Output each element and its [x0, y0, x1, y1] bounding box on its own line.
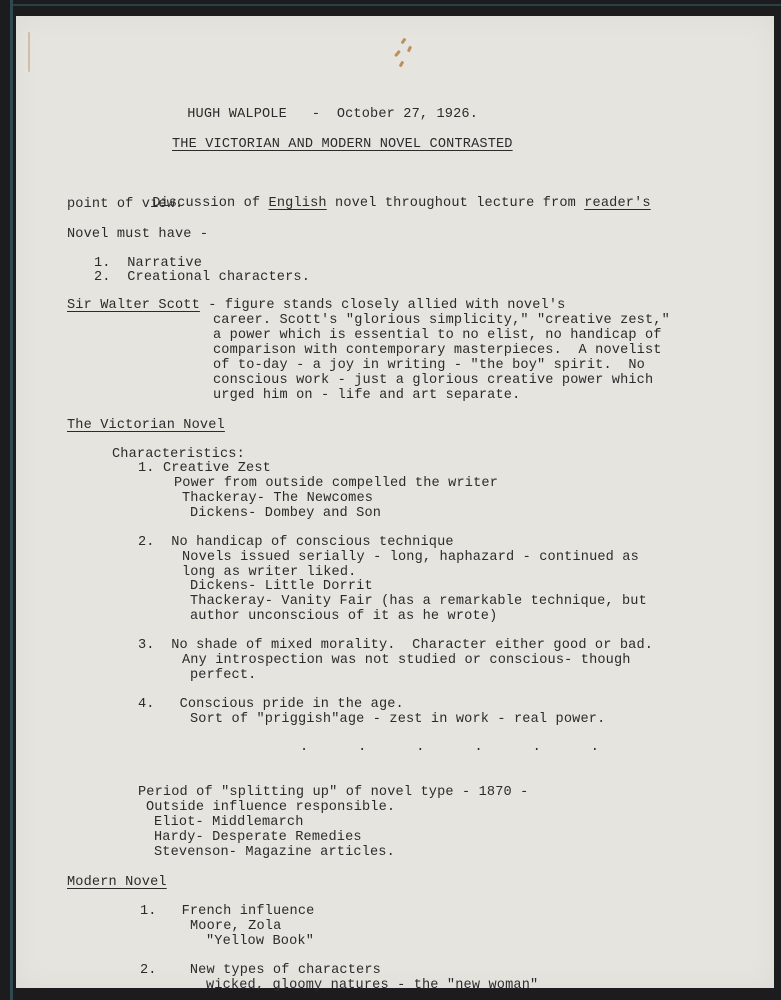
item-detail: Power from outside compelled the writer: [174, 476, 498, 491]
scott-text: conscious work - just a glorious creativ…: [213, 373, 653, 388]
item-detail: Any introspection was not studied or con…: [182, 653, 631, 668]
item-detail: Novels issued serially - long, haphazard…: [182, 550, 639, 565]
item-number: 1.: [94, 256, 111, 271]
stain-mark: [394, 50, 401, 57]
splitting-text: Hardy- Desperate Remedies: [154, 830, 362, 845]
item-detail: Thackeray- Vanity Fair (has a remarkable…: [190, 594, 647, 609]
item-detail: Thackeray- The Newcomes: [182, 491, 373, 506]
splitting-text: Eliot- Middlemarch: [154, 815, 304, 830]
scott-text: - figure stands closely allied with nove…: [208, 298, 565, 313]
frame-top-border: [10, 4, 781, 6]
header-separator: -: [312, 107, 320, 122]
characteristic-item: 3. No shade of mixed morality. Character…: [138, 638, 653, 653]
modern-novel-heading: Modern Novel: [67, 875, 167, 890]
item-text: Narrative: [127, 256, 202, 271]
stain-mark: [28, 32, 30, 72]
victorian-novel-heading: The Victorian Novel: [67, 418, 225, 433]
item-title: New types of characters: [190, 963, 381, 978]
lecture-date: October 27, 1926.: [337, 107, 478, 122]
characteristic-item: 4. Conscious pride in the age.: [138, 697, 404, 712]
frame-left-border: [10, 0, 13, 1000]
stain-mark: [399, 61, 405, 68]
splitting-text: Period of "splitting up" of novel type -…: [138, 785, 528, 800]
item-title: Conscious pride in the age.: [180, 697, 404, 712]
modern-item: 2. New types of characters: [140, 963, 381, 978]
item-text: Creational characters.: [127, 270, 310, 285]
stain-mark: [401, 38, 407, 45]
scott-text: of to-day - a joy in writing - "the boy"…: [213, 358, 645, 373]
item-title: No handicap of conscious technique: [171, 535, 453, 550]
item-title: Creative Zest: [163, 461, 271, 476]
characteristic-item: 1. Creative Zest: [138, 461, 271, 476]
stain-mark: [407, 46, 412, 53]
item-number: 4.: [138, 697, 155, 712]
scott-text: career. Scott's "glorious simplicity," "…: [213, 313, 670, 328]
typed-document-page: HUGH WALPOLE - October 27, 1926. THE VIC…: [16, 16, 774, 988]
item-detail: Sort of "priggish"age - zest in work - r…: [190, 712, 605, 727]
item-number: 2.: [94, 270, 111, 285]
item-number: 1.: [140, 904, 157, 919]
item-title: No shade of mixed morality. Character ei…: [171, 638, 653, 653]
characteristics-label: Characteristics:: [112, 447, 245, 462]
list-item: 1. Narrative: [94, 256, 202, 271]
item-number: 1.: [138, 461, 155, 476]
intro-line-1: Discussion of English novel throughout l…: [119, 181, 651, 226]
scott-heading: Sir Walter Scott: [67, 298, 200, 313]
author-name: HUGH WALPOLE: [187, 107, 287, 122]
item-detail: "Yellow Book": [206, 934, 314, 949]
readers-underlined: reader's: [584, 196, 650, 211]
list-item: 2. Creational characters.: [94, 270, 310, 285]
scott-line: Sir Walter Scott - figure stands closely…: [67, 298, 565, 313]
section-ellipsis: . . . . . .: [300, 740, 599, 755]
scott-text: urged him on - life and art separate.: [213, 388, 520, 403]
item-detail: perfect.: [190, 668, 256, 683]
novel-must-have-heading: Novel must have -: [67, 227, 208, 242]
scott-text: comparison with contemporary masterpiece…: [213, 343, 662, 358]
item-detail: author unconscious of it as he wrote): [190, 609, 497, 624]
item-number: 3.: [138, 638, 155, 653]
scott-text: a power which is essential to no elist, …: [213, 328, 662, 343]
splitting-text: Outside influence responsible.: [146, 800, 395, 815]
item-number: 2.: [138, 535, 155, 550]
item-number: 2.: [140, 963, 157, 978]
splitting-text: Stevenson- Magazine articles.: [154, 845, 395, 860]
item-detail: Dickens- Dombey and Son: [190, 506, 381, 521]
intro-text: novel throughout lecture from: [327, 196, 585, 211]
intro-line-2: point of view.: [67, 197, 183, 212]
item-detail: Dickens- Little Dorrit: [190, 579, 373, 594]
modern-item: 1. French influence: [140, 904, 314, 919]
item-title: French influence: [182, 904, 315, 919]
english-underlined: English: [269, 196, 327, 211]
item-detail: Moore, Zola: [190, 919, 281, 934]
author-line: HUGH WALPOLE - October 27, 1926.: [154, 92, 478, 137]
item-detail: wicked, gloomy natures - the "new woman": [206, 978, 538, 993]
item-detail: long as writer liked.: [182, 565, 356, 580]
characteristic-item: 2. No handicap of conscious technique: [138, 535, 454, 550]
document-title: THE VICTORIAN AND MODERN NOVEL CONTRASTE…: [172, 137, 513, 152]
